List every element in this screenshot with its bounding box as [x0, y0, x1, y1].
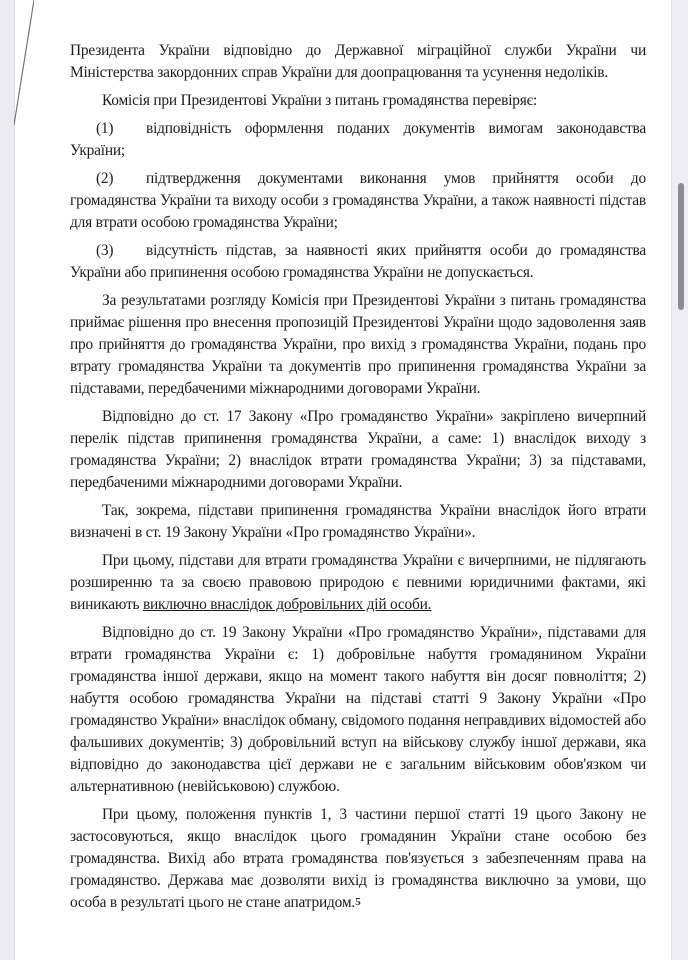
paragraph-exhaustive-grounds: При цьому, підстави для втрати громадянс…: [70, 550, 646, 616]
scrollbar-thumb[interactable]: [678, 183, 684, 310]
paragraph-article-17: Відповідно до ст. 17 Закону «Про громадя…: [70, 406, 646, 494]
underlined-emphasis: виключно внаслідок добровільних дій особ…: [143, 596, 431, 613]
list-item-2: (2)підтвердження документами виконання у…: [70, 168, 646, 234]
list-item-number: (3): [70, 240, 146, 262]
list-item-3: (3)відсутність підстав, за наявності яки…: [70, 240, 646, 284]
paragraph-article-19: Відповідно до ст. 19 Закону України «Про…: [70, 622, 646, 798]
page-number: 5: [0, 896, 688, 908]
scrollbar-track[interactable]: [671, 0, 688, 960]
list-item-text: відсутність підстав, за наявності яких п…: [70, 242, 646, 281]
paragraph-loss-grounds: Так, зокрема, підстави припинення громад…: [70, 500, 646, 544]
list-item-number: (1): [70, 118, 146, 140]
list-item-number: (2): [70, 168, 146, 190]
paragraph-commission-checks: Комісія при Президентові України з питан…: [70, 90, 646, 112]
viewer-left-margin: [0, 0, 15, 960]
document-page: Президента України відповідно до Державн…: [70, 40, 646, 914]
paragraph-continuation: Президента України відповідно до Державн…: [70, 40, 646, 84]
list-item-text: відповідність оформлення поданих докумен…: [70, 120, 646, 159]
list-item-text: підтвердження документами виконання умов…: [70, 170, 646, 231]
list-item-1: (1)відповідність оформлення поданих доку…: [70, 118, 646, 162]
paragraph-review-results: За результатами розгляду Комісія при Пре…: [70, 290, 646, 400]
page-edge-line: [14, 0, 34, 125]
